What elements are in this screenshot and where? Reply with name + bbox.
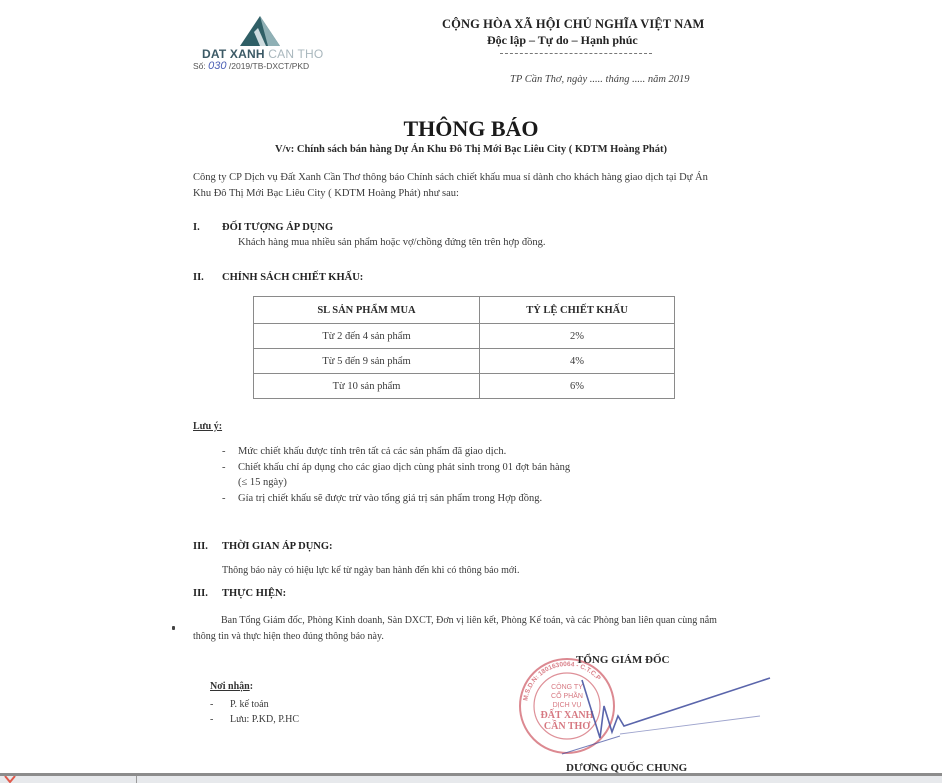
section-4-text: Ban Tổng Giám đốc, Phòng Kinh doanh, Sàn…	[193, 613, 718, 645]
column-header-quantity: SL SẢN PHẨM MUA	[254, 297, 480, 324]
handwritten-signature-icon	[560, 676, 780, 756]
table-header-row: SL SẢN PHẨM MUA TỶ LỆ CHIẾT KHẤU	[254, 297, 675, 324]
section-4-number: III.	[193, 588, 208, 599]
section-1-text: Khách hàng mua nhiều sản phẩm hoặc vợ/ch…	[238, 237, 546, 248]
note-item: -Mức chiết khấu được tính trên tất cả cá…	[222, 444, 692, 460]
recipient-item: -P. kế toán	[210, 697, 299, 712]
signatory-title: TỔNG GIÁM ĐỐC	[576, 654, 670, 666]
doc-number-suffix: /2019/TB-DXCT/PKD	[229, 61, 309, 71]
section-4-title: THỰC HIỆN:	[222, 588, 286, 599]
discount-table: SL SẢN PHẨM MUA TỶ LỆ CHIẾT KHẤU Từ 2 đế…	[253, 296, 675, 399]
section-2-number: II.	[193, 272, 204, 283]
quantity-cell: Từ 10 sản phẩm	[254, 374, 480, 399]
status-bar-divider	[136, 776, 137, 783]
intro-paragraph: Công ty CP Dịch vụ Đất Xanh Cần Thơ thôn…	[193, 170, 713, 202]
section-3-text: Thông báo này có hiệu lực kể từ ngày ban…	[222, 565, 519, 576]
note-text: Gía trị chiết khấu sẽ được trừ vào tổng …	[238, 491, 542, 507]
quantity-cell: Từ 2 đến 4 sản phẩm	[254, 324, 480, 349]
bullet-dash: -	[222, 444, 238, 460]
quantity-cell: Từ 5 đến 9 sản phẩm	[254, 349, 480, 374]
document-title: THÔNG BÁO	[0, 116, 942, 142]
bullet-dash: -	[210, 697, 230, 712]
section-3-title: THỜI GIAN ÁP DỤNG:	[222, 541, 333, 552]
brand-bold: DAT XANH	[202, 47, 265, 61]
national-motto: Độc lập – Tự do – Hạnh phúc	[487, 33, 638, 48]
doc-number-prefix: Số:	[193, 61, 206, 71]
note-text: Mức chiết khấu được tính trên tất cả các…	[238, 444, 506, 460]
section-3-number: III.	[193, 541, 208, 552]
document-number: Số: 030 /2019/TB-DXCT/PKD	[193, 60, 309, 72]
note-item: -Gía trị chiết khấu sẽ được trừ vào tổng…	[222, 491, 692, 507]
section-1-title: ĐỐI TƯỢNG ÁP DỤNG	[222, 222, 333, 233]
dateline: TP Cần Thơ, ngày ..... tháng ..... năm 2…	[510, 74, 690, 85]
viewer-status-bar	[0, 776, 942, 783]
rate-cell: 2%	[480, 324, 675, 349]
app-icon[interactable]	[4, 776, 18, 783]
rate-cell: 4%	[480, 349, 675, 374]
national-title: CỘNG HÒA XÃ HỘI CHỦ NGHĨA VIỆT NAM	[442, 17, 704, 32]
company-logo-text: DAT XANH CAN THO	[202, 47, 323, 61]
bullet-dash: -	[222, 491, 238, 507]
bullet-dash: -	[210, 712, 230, 727]
section-2-title: CHÍNH SÁCH CHIẾT KHẤU:	[222, 272, 363, 283]
notes-label: Lưu ý:	[193, 421, 222, 432]
column-header-rate: TỶ LỆ CHIẾT KHẤU	[480, 297, 675, 324]
recipient-text: Lưu: P.KD, P.HC	[230, 714, 299, 725]
scan-speck	[172, 626, 175, 630]
rate-cell: 6%	[480, 374, 675, 399]
recipients-label: Nơi nhận:	[210, 681, 253, 692]
note-continuation: (≤ 15 ngày)	[222, 475, 692, 491]
dat-xanh-logo-icon	[238, 14, 282, 48]
motto-underline	[500, 53, 652, 54]
recipients-colon: :	[250, 681, 253, 692]
recipient-item: -Lưu: P.KD, P.HC	[210, 712, 299, 727]
recipients-label-text: Nơi nhận	[210, 681, 250, 692]
brand-light: CAN THO	[268, 47, 323, 61]
bullet-dash: -	[222, 460, 238, 476]
note-item: -Chiết khấu chỉ áp dụng cho các giao dịc…	[222, 460, 692, 476]
table-row: Từ 2 đến 4 sản phẩm 2%	[254, 324, 675, 349]
document-subject: V/v: Chính sách bán hàng Dự Án Khu Đô Th…	[0, 144, 942, 155]
recipient-text: P. kế toán	[230, 699, 269, 710]
table-row: Từ 10 sản phẩm 6%	[254, 374, 675, 399]
section-1-number: I.	[193, 222, 200, 233]
doc-number-handwritten: 030	[208, 60, 226, 72]
table-row: Từ 5 đến 9 sản phẩm 4%	[254, 349, 675, 374]
recipients-list: -P. kế toán -Lưu: P.KD, P.HC	[210, 697, 299, 727]
notes-list: -Mức chiết khấu được tính trên tất cả cá…	[222, 444, 692, 506]
note-text: Chiết khấu chỉ áp dụng cho các giao dịch…	[238, 460, 570, 476]
